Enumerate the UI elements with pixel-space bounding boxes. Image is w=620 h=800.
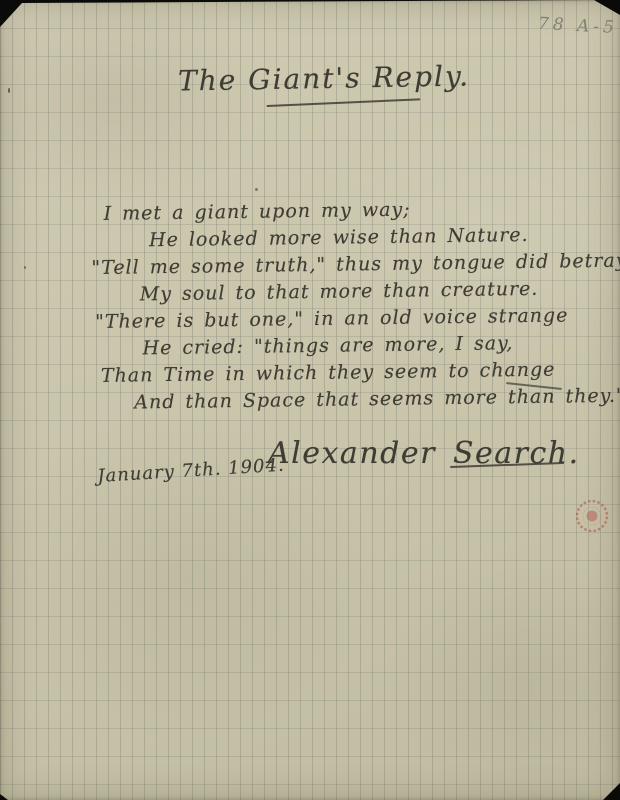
manuscript-paper: 78 A-5 The Giant's Reply. I met a giant …: [0, 0, 620, 800]
ink-speck: [255, 188, 258, 191]
archive-stamp-icon: [565, 489, 619, 543]
pencil-mark: [8, 88, 10, 93]
archive-number: 78 A-5: [538, 14, 619, 38]
signature: Alexander Search.: [268, 436, 580, 471]
date: January 7th. 1904.: [97, 455, 286, 487]
poem-body: I met a giant upon my way; He looked mor…: [0, 196, 620, 421]
title-underline: [266, 98, 420, 107]
page-backdrop: { "document": { "archive_number": "78 A-…: [0, 0, 620, 800]
poem-title: The Giant's Reply.: [178, 59, 471, 97]
poem-title-wrap: The Giant's Reply.: [178, 59, 471, 97]
ink-speck: [24, 266, 26, 269]
